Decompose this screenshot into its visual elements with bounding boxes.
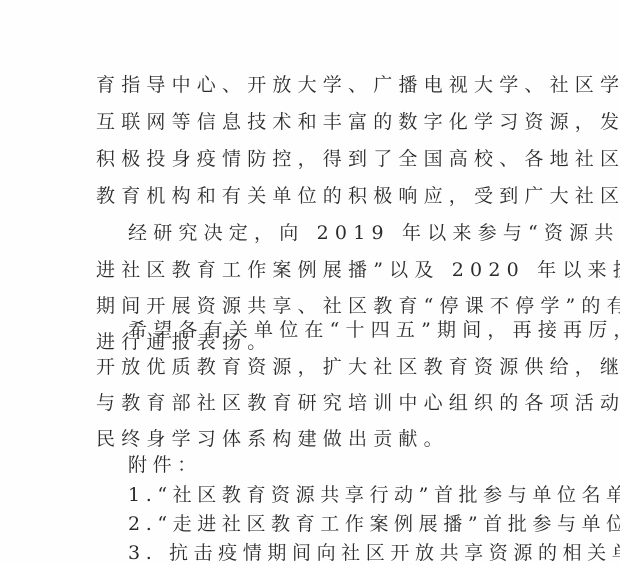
text-line: 教育机构和有关单位的积极响应，受到广大社区居民好评。 <box>96 184 556 208</box>
text-line: 与教育部社区教育研究培训中心组织的各项活动，为服务全 <box>96 391 556 415</box>
text-line: 经研究决定，向 2019 年以来参与“资源共享行动”、“走 <box>128 221 588 245</box>
text-line: 互联网等信息技术和丰富的数字化学习资源，发挥体系优势， <box>96 110 556 134</box>
text-line: 希望各有关单位在“十四五”期间，再接再厉，进一步 <box>128 318 588 342</box>
attachment-item: 3. 抗击疫情期间向社区开放共享资源的相关单位名单 <box>128 541 588 565</box>
attachment-item: 2.“走进社区教育工作案例展播”首批参与单位名单 <box>128 512 588 536</box>
text-line: 积极投身疫情防控，得到了全国高校、各地社区教育、老年 <box>96 147 556 171</box>
text-line: 开放优质教育资源，扩大社区教育资源供给，继续响应和参 <box>96 355 556 379</box>
text-line: 育指导中心、开放大学、广播电视大学、社区学院等，利用 <box>96 73 556 97</box>
text-line: 进社区教育工作案例展播”以及 2020 年以来抗击新冠疫情 <box>96 258 556 282</box>
attachments-label: 附件： <box>128 453 588 477</box>
text-line: 期间开展资源共享、社区教育“停课不停学”的有关单位以 <box>96 294 556 318</box>
text-line: 民终身学习体系构建做出贡献。 <box>96 427 556 451</box>
attachment-item: 1.“社区教育资源共享行动”首批参与单位名单 <box>128 483 588 507</box>
document-page: 育指导中心、开放大学、广播电视大学、社区学院等，利用 互联网等信息技术和丰富的数… <box>0 0 620 565</box>
